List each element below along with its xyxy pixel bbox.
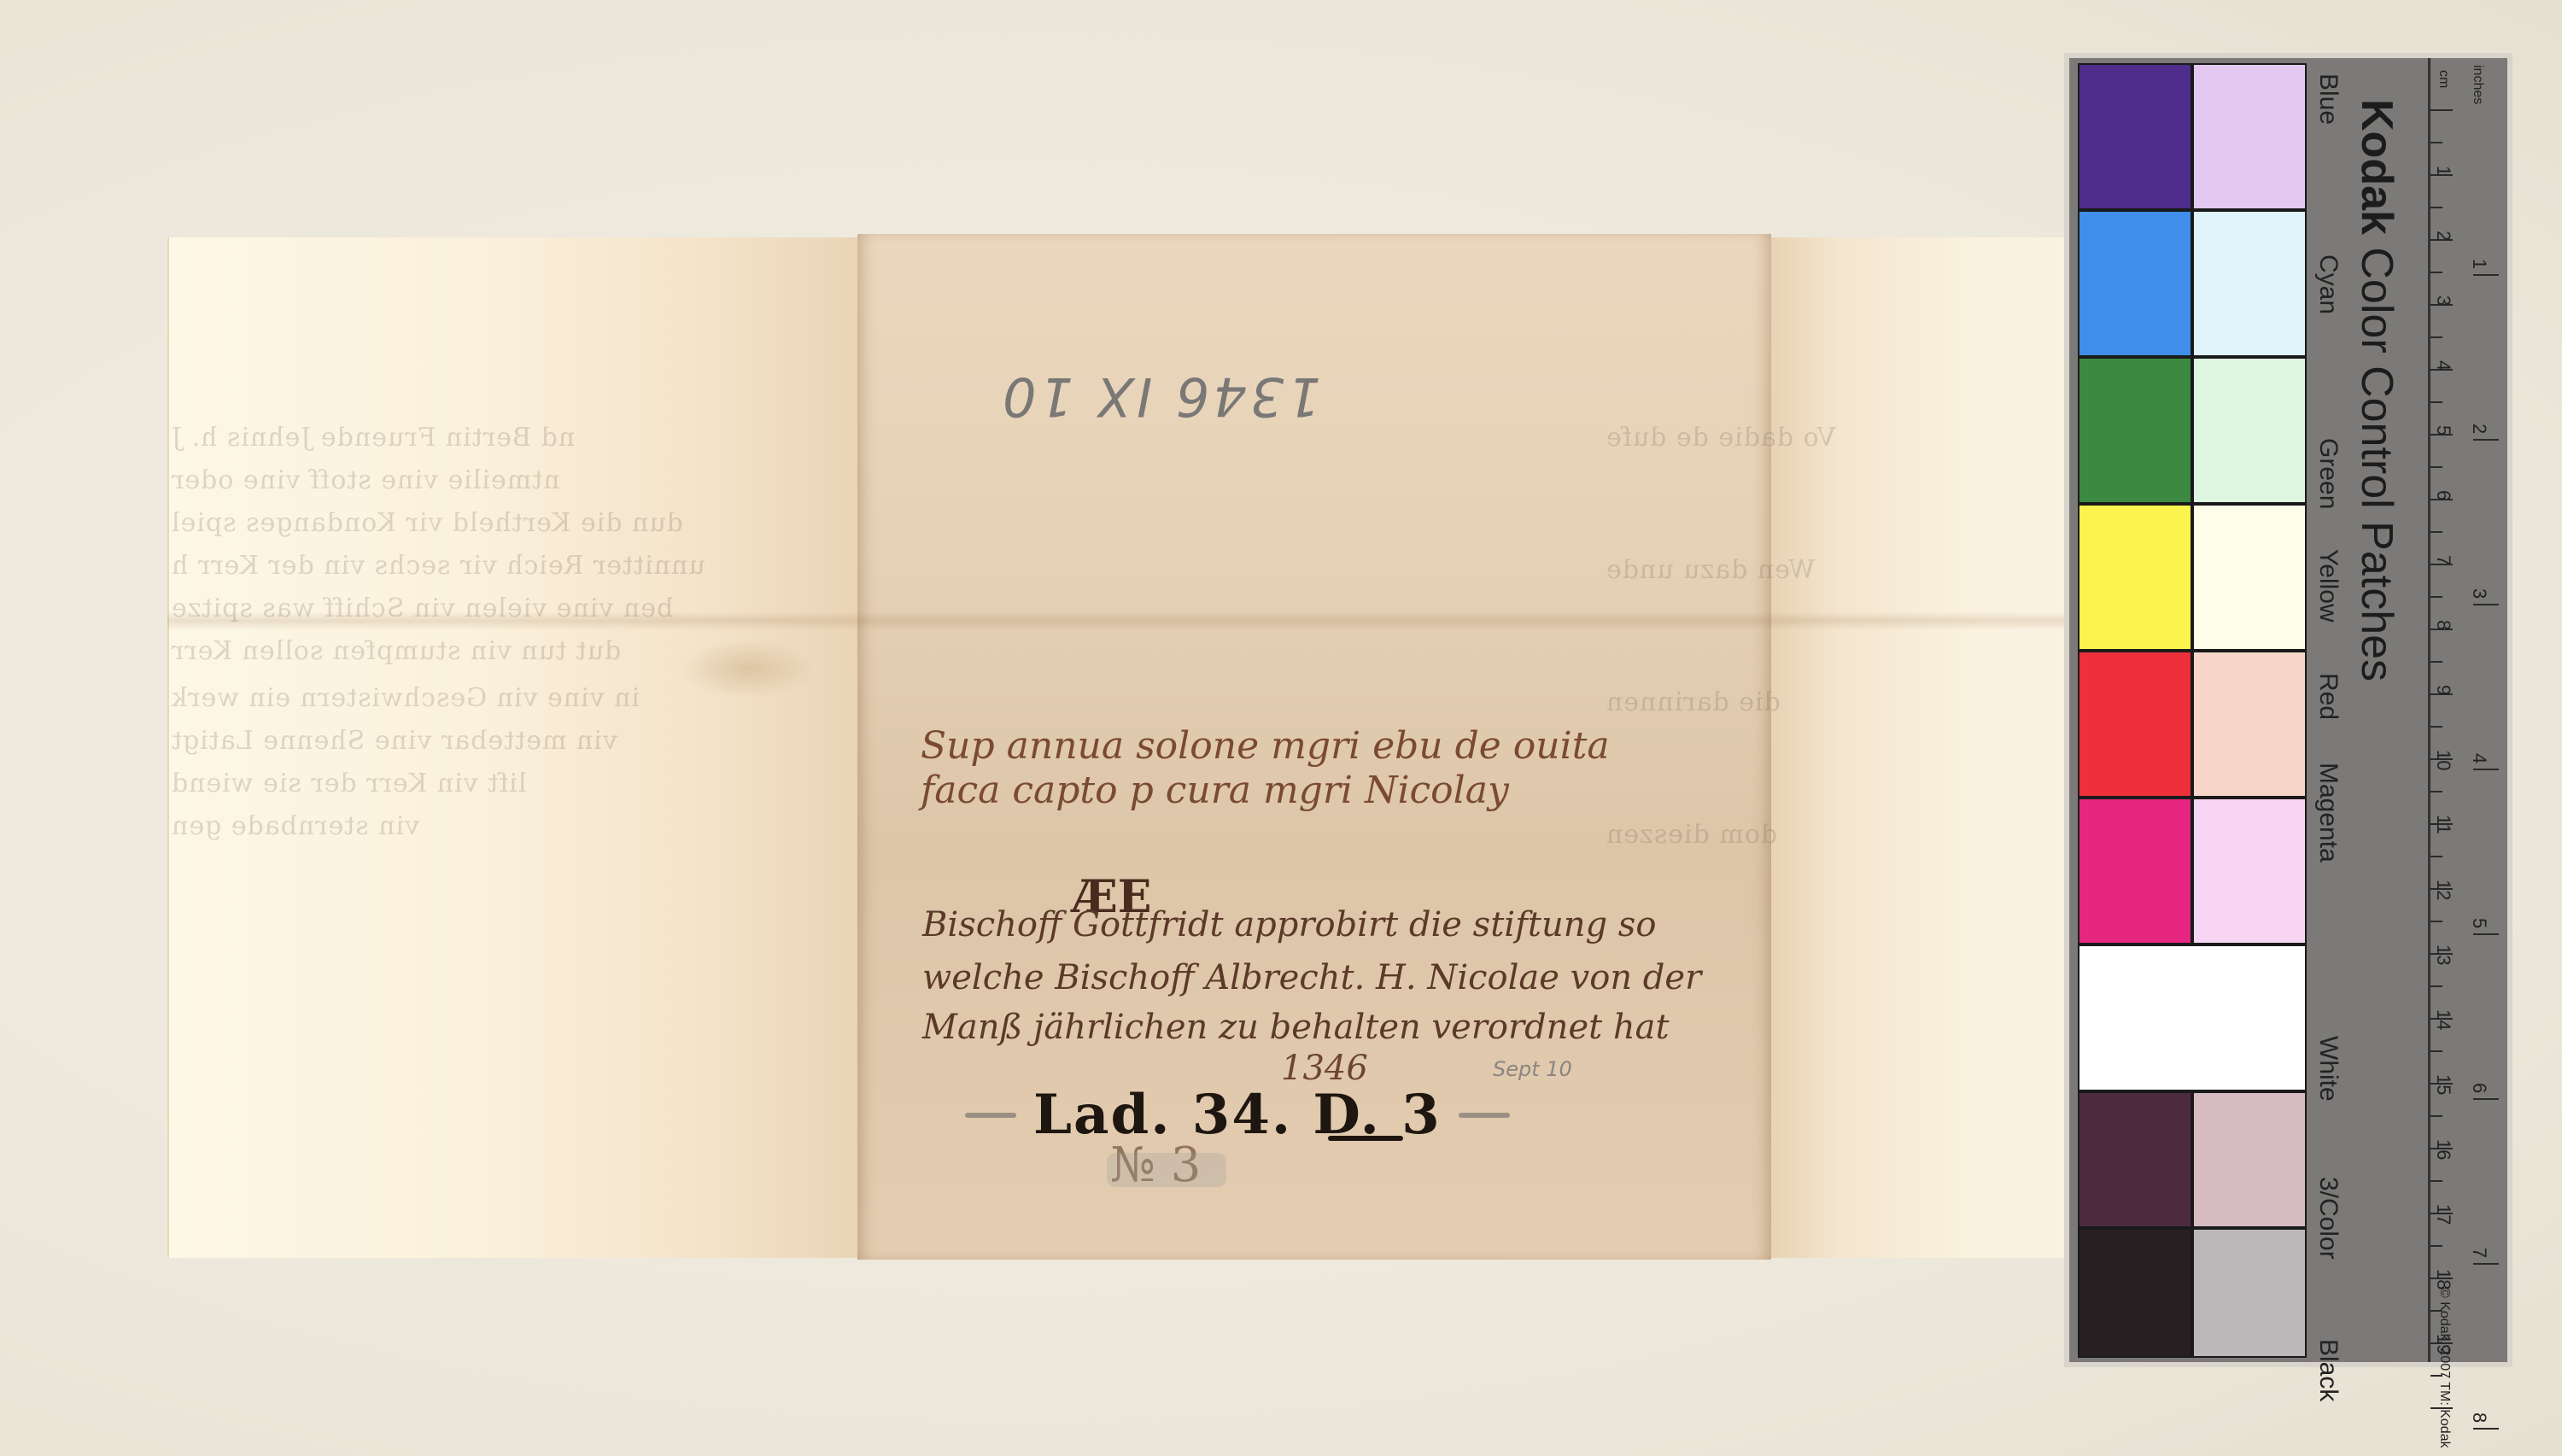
patch-red-dark [2078, 651, 2192, 798]
shelfmark: Lad. 34. D. 3 [965, 1083, 1510, 1147]
latin-endorsement-line: Sup annua solone mgri ebu de ouita [921, 724, 1610, 768]
cm-tick-label: 11 [2432, 815, 2454, 834]
ruler-tick [2430, 272, 2442, 273]
patch-magenta-dark [2078, 798, 2192, 944]
ghost-line: ben vine vielen vin Schiff was spitze [171, 594, 673, 623]
inch-tick-label: 3 [2468, 588, 2490, 599]
german-summary-line: welche Bischoff Albrecht. H. Nicolae von… [922, 958, 1701, 997]
patch-label-black: Black [2313, 1339, 2343, 1401]
color-patch-grid [2078, 63, 2307, 1357]
ruler-tick [2430, 791, 2442, 792]
ruler-tick [2430, 207, 2442, 208]
ghost-line: in vine vin Geschwistern ein werk [171, 683, 640, 713]
patch-label-yellow: Yellow [2313, 549, 2343, 623]
inch-tick [2473, 1428, 2499, 1430]
patch-cyan-dark [2078, 210, 2192, 357]
ghost-line: nd Bertin Fruende Jehnis h. J [171, 423, 575, 453]
ruler-tick [2430, 1180, 2442, 1182]
cm-tick-label: 3 [2432, 295, 2454, 306]
inch-tick-label: 1 [2468, 259, 2490, 269]
ghost-line: lift vin Kerr der sie wiend [171, 769, 527, 798]
inch-tick-label: 4 [2468, 753, 2490, 763]
inch-tick-label: 7 [2468, 1248, 2490, 1258]
ruler-tick [2430, 531, 2442, 533]
ruler-tick [2430, 596, 2442, 598]
pencil-date-note: 1346 IX 10 [999, 365, 1321, 428]
patch-blue-dark [2078, 63, 2192, 210]
cm-tick-label: 17 [2432, 1204, 2454, 1225]
ghost-line: vin sternbade gen [171, 811, 419, 841]
inch-tick [2473, 1098, 2499, 1100]
inch-tick-label: 2 [2468, 424, 2490, 434]
cm-unit-label: cm [2436, 70, 2451, 88]
inch-tick [2473, 604, 2499, 605]
cm-tick-label: 16 [2432, 1139, 2454, 1160]
cm-tick-label: 1 [2432, 166, 2454, 176]
ghost-line: ntmeilie vine stoff vine oder [171, 465, 560, 495]
inch-tick-label: 8 [2468, 1412, 2490, 1423]
ruler-tick [2430, 985, 2442, 987]
inch-tick [2473, 769, 2499, 770]
cm-tick-label: 9 [2432, 685, 2454, 695]
ruler-tick [2430, 921, 2442, 922]
ruler-tick [2430, 1407, 2453, 1409]
ghost-line: dun die Kertheld vir Kondanges spiel [171, 508, 683, 538]
ruler-tick [2430, 856, 2442, 857]
ruler-tick [2430, 466, 2442, 468]
kodak-color-chart: Kodak Color Control Patches Blue Cyan Gr… [2069, 58, 2507, 1362]
patch-label-cyan: Cyan [2313, 254, 2343, 314]
cm-tick-label: 8 [2432, 620, 2454, 630]
patch-white [2078, 944, 2307, 1091]
patch-3color-dark [2078, 1091, 2192, 1228]
ruler-tick [2430, 1245, 2442, 1247]
ghost-line: dut tun vin stumpfen sollen Kerr [171, 636, 621, 666]
ruler-tick [2430, 142, 2442, 143]
ghost-line: vin mettebar vine Shenne Latigt [171, 726, 617, 756]
patch-blue-light [2192, 63, 2307, 210]
ruler-tick [2430, 661, 2442, 663]
ghost-line: Vo dadie de dufe [1606, 423, 1836, 453]
ruler-tick [2430, 336, 2442, 338]
patch-cyan-light [2192, 210, 2307, 357]
ruler-tick [2430, 1050, 2442, 1052]
patch-3color-light [2192, 1091, 2307, 1228]
right-fold-panel [1771, 237, 2115, 1258]
ruler-tick [2430, 1310, 2442, 1312]
patch-label-white: White [2313, 1036, 2343, 1102]
cm-tick-label: 14 [2432, 1009, 2454, 1030]
cm-tick-label: 15 [2432, 1074, 2454, 1095]
inch-tick-label: 5 [2468, 918, 2490, 928]
patch-red-light [2192, 651, 2307, 798]
inch-tick [2473, 439, 2499, 441]
ruler-tick [2430, 726, 2442, 728]
patch-yellow-dark [2078, 504, 2192, 651]
patch-label-green: Green [2313, 438, 2343, 509]
ruler-tick [2430, 1115, 2442, 1117]
cm-tick-label: 18 [2432, 1269, 2454, 1289]
ruler-tick [2430, 1375, 2442, 1377]
cm-tick-label: 2 [2432, 231, 2454, 241]
german-summary-line: Manß jährlichen zu behalten verordnet ha… [922, 1008, 1670, 1047]
shelfmark-underline [1328, 1136, 1403, 1141]
inches-unit-label: inches [2470, 65, 2485, 104]
cm-tick-label: 13 [2432, 944, 2454, 965]
cm-tick-label: 10 [2432, 750, 2454, 770]
ghost-line: unnitter Reich vir sechs vin der Kerr h [171, 551, 705, 581]
inch-tick-label: 6 [2468, 1083, 2490, 1093]
ghost-line: dom dieszen [1606, 820, 1777, 850]
patch-yellow-light [2192, 504, 2307, 651]
parchment-stain [680, 639, 816, 699]
patch-green-light [2192, 357, 2307, 504]
inch-tick [2473, 933, 2499, 935]
chart-title: Kodak Color Control Patches [2351, 99, 2402, 681]
old-shelf-number: № 3 [1110, 1137, 1201, 1193]
cm-tick-label: 7 [2432, 555, 2454, 565]
measurement-ruler: cm inches 123456789101112131415161718191… [2428, 58, 2499, 1362]
inch-tick [2473, 1263, 2499, 1265]
ghost-line: die darinnen [1606, 687, 1781, 717]
ruler-tick [2430, 109, 2453, 111]
cm-tick-label: 19 [2432, 1334, 2454, 1354]
latin-endorsement-line: faca capto p cura mgri Nicolay [921, 769, 1509, 812]
cm-tick-label: 12 [2432, 880, 2454, 900]
kodak-brand: Kodak [2352, 99, 2401, 235]
ghost-line: Wen dazu unde [1606, 555, 1815, 585]
patch-green-dark [2078, 357, 2192, 504]
patch-black-light [2192, 1228, 2307, 1358]
inch-tick [2473, 274, 2499, 276]
patch-label-3color: 3/Color [2313, 1177, 2343, 1260]
date-note: Sept 10 [1493, 1057, 1572, 1081]
german-summary-line: Bischoff Gottfridt approbirt die stiftun… [922, 905, 1656, 944]
cm-tick-label: 4 [2432, 360, 2454, 371]
patch-magenta-light [2192, 798, 2307, 944]
patch-label-red: Red [2313, 673, 2343, 720]
dash-decoration [1459, 1113, 1510, 1118]
patch-label-blue: Blue [2313, 73, 2343, 125]
chart-subtitle: Color Control Patches [2352, 247, 2401, 681]
patch-black-dark [2078, 1228, 2192, 1358]
ruler-tick [2430, 401, 2442, 403]
cm-tick-label: 6 [2432, 490, 2454, 500]
patch-label-magenta: Magenta [2313, 763, 2343, 862]
cm-tick-label: 5 [2432, 425, 2454, 436]
dash-decoration [965, 1113, 1016, 1118]
